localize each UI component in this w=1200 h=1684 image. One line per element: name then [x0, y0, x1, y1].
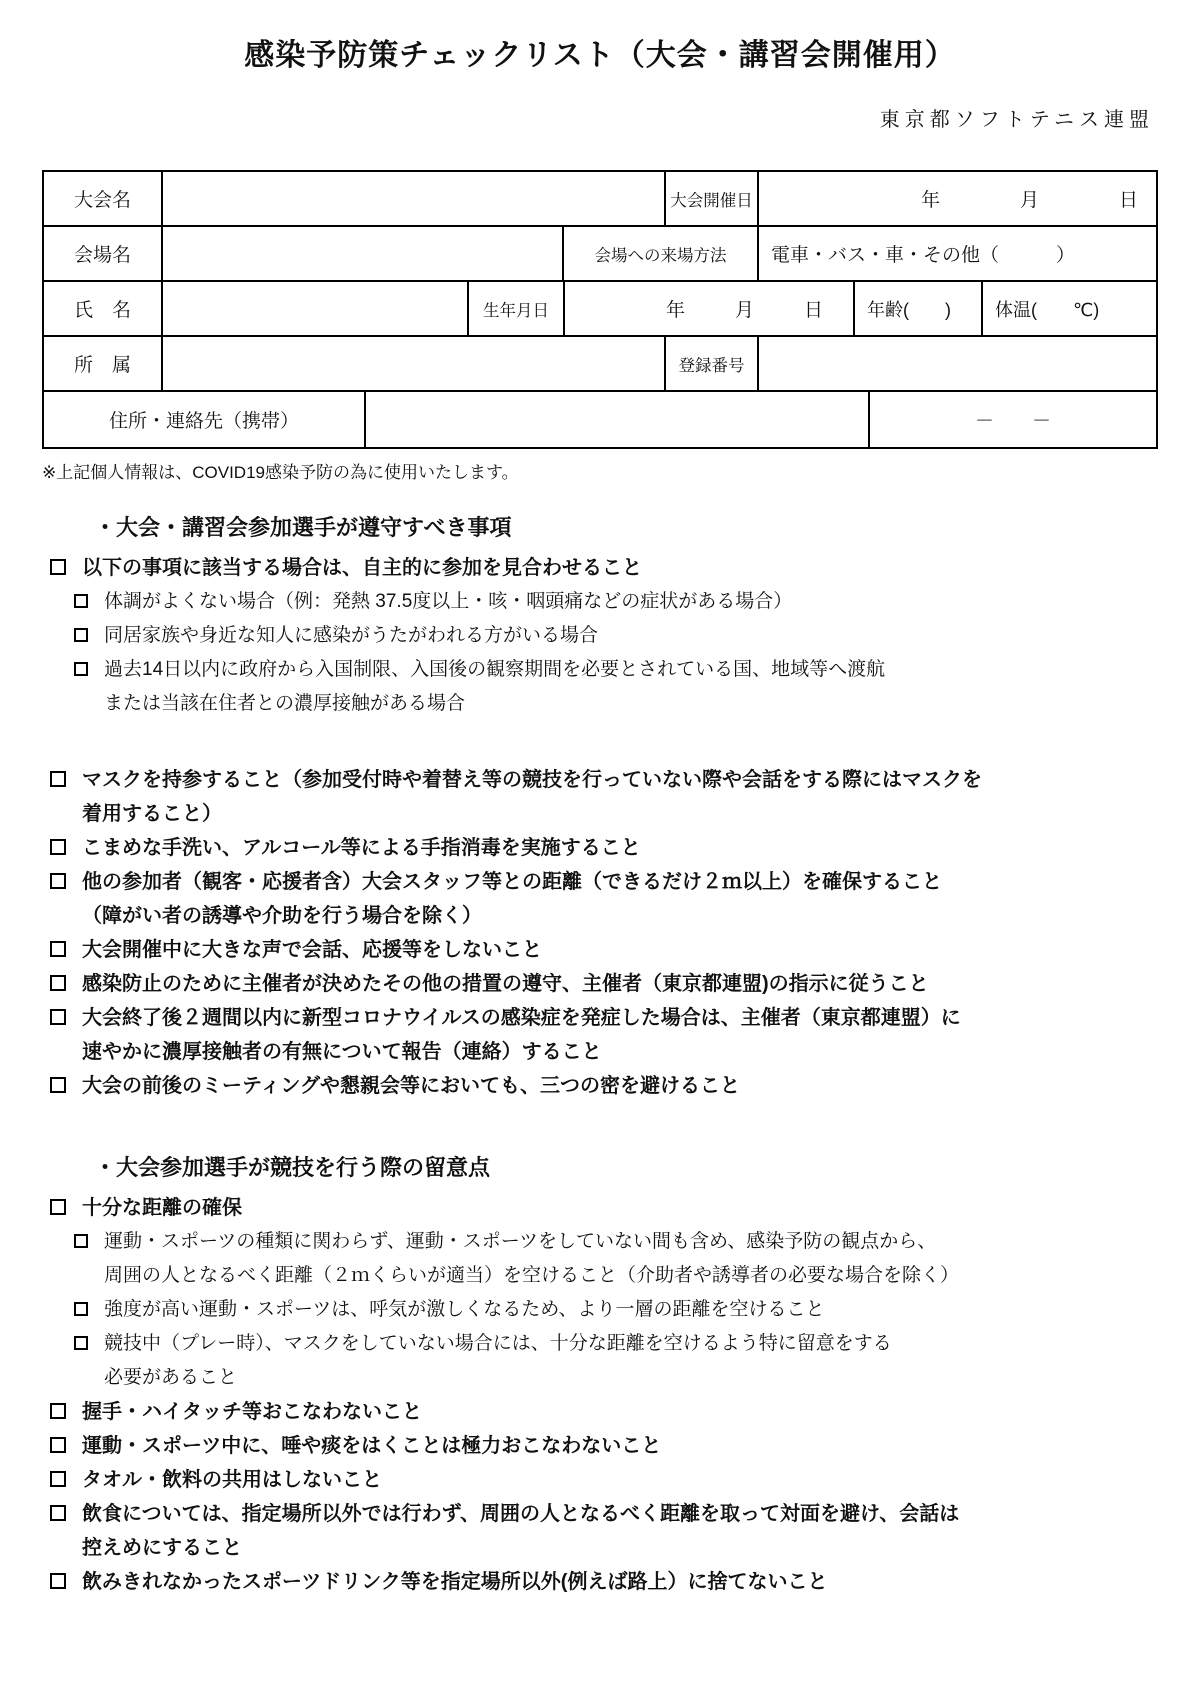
checklist-item: 以下の事項に該当する場合は、自主的に参加を見合わせること [42, 551, 1158, 585]
tournament-date-field[interactable]: 年 月 日 [759, 172, 1156, 225]
org-name: 東京都ソフトテニス連盟 [42, 106, 1158, 134]
checklist-item: こまめな手洗い、アルコール等による手指消毒を実施すること [42, 831, 1158, 865]
checklist-item: 運動・スポーツ中に、唾や痰をはくことは極力おこなわないこと [42, 1429, 1158, 1463]
participant-info-table: 大会名 大会開催日 年 月 日 会場名 会場への来場方法 電車・バス・車・その他… [42, 170, 1158, 449]
registration-number-label: 登録番号 [666, 337, 759, 390]
table-row-affiliation: 所 属 登録番号 [44, 337, 1156, 392]
checklist-item: マスクを持参すること（参加受付時や着替え等の競技を行っていない際や会話をする際に… [42, 763, 1158, 831]
name-field[interactable] [163, 282, 469, 335]
month-unit: 月 [735, 295, 754, 322]
birthdate-label: 生年月日 [469, 282, 565, 335]
checkbox[interactable] [50, 1505, 66, 1521]
checkbox[interactable] [74, 662, 88, 676]
checklist-item-label: 強度が高い運動・スポーツは、呼気が激しくなるため、より一層の距離を空けること [104, 1293, 824, 1327]
year-unit: 年 [666, 295, 685, 322]
page-title: 感染予防策チェックリスト（大会・講習会開催用） [42, 36, 1158, 76]
checkbox[interactable] [50, 975, 66, 991]
checklist-item: 飲みきれなかったスポーツドリンク等を指定場所以外(例えば路上）に捨てないこと [42, 1565, 1158, 1599]
checklist-item: 同居家族や身近な知人に感染がうたがわれる方がいる場合 [42, 619, 1158, 653]
checklist-item: タオル・飲料の共用はしないこと [42, 1463, 1158, 1497]
table-row-venue: 会場名 会場への来場方法 電車・バス・車・その他（ ） [44, 227, 1156, 282]
section-heading-compliance: ・大会・講習会参加選手が遵守すべき事項 [42, 511, 1158, 545]
checklist-item-label: 大会の前後のミーティングや懇親会等においても、三つの密を避けること [82, 1069, 740, 1103]
checklist-item: 競技中（プレー時）、マスクをしていない場合には、十分な距離を空けるよう特に留意を… [42, 1327, 1158, 1395]
checklist-item: 他の参加者（観客・応援者含）大会スタッフ等との距離（できるだけ２ｍ以上）を確保す… [42, 865, 1158, 933]
checkbox[interactable] [50, 941, 66, 957]
checklist-page: 感染予防策チェックリスト（大会・講習会開催用） 東京都ソフトテニス連盟 大会名 … [0, 0, 1200, 1684]
checkbox[interactable] [50, 1471, 66, 1487]
tournament-date-label: 大会開催日 [666, 172, 759, 225]
venue-name-label: 会場名 [44, 227, 163, 280]
checkbox[interactable] [50, 873, 66, 889]
address-label: 住所・連絡先（携帯） [44, 392, 366, 447]
day-unit: 日 [804, 295, 823, 322]
checklist-item-label: 運動・スポーツの種類に関わらず、運動・スポーツをしていない間も含め、感染予防の観… [104, 1225, 959, 1293]
checkbox[interactable] [50, 1573, 66, 1589]
venue-name-field[interactable] [163, 227, 564, 280]
compliance-items: 以下の事項に該当する場合は、自主的に参加を見合わせること 体調がよくない場合（例… [42, 551, 1158, 1103]
checkbox[interactable] [74, 1302, 88, 1316]
checklist-item-label: 十分な距離の確保 [82, 1191, 242, 1225]
table-row-address: 住所・連絡先（携帯） － － [44, 392, 1156, 447]
checklist-item: 強度が高い運動・スポーツは、呼気が激しくなるため、より一層の距離を空けること [42, 1293, 1158, 1327]
play-note-items: 十分な距離の確保 運動・スポーツの種類に関わらず、運動・スポーツをしていない間も… [42, 1191, 1158, 1599]
section-heading-play-notes: ・大会参加選手が競技を行う際の留意点 [42, 1151, 1158, 1185]
checklist-item-label: 大会開催中に大きな声で会話、応援等をしないこと [82, 933, 542, 967]
checklist-item-label: 運動・スポーツ中に、唾や痰をはくことは極力おこなわないこと [82, 1429, 661, 1463]
year-unit: 年 [921, 185, 940, 212]
registration-number-field[interactable] [759, 337, 1156, 390]
checklist-item: 飲食については、指定場所以外では行わず、周囲の人となるべく距離を取って対面を避け… [42, 1497, 1158, 1565]
checklist-item: 感染防止のために主催者が決めたその他の措置の遵守、主催者（東京都連盟)の指示に従… [42, 967, 1158, 1001]
phone-field[interactable]: － － [870, 392, 1156, 447]
checkbox[interactable] [50, 839, 66, 855]
checklist-item: 大会の前後のミーティングや懇親会等においても、三つの密を避けること [42, 1069, 1158, 1103]
affiliation-field[interactable] [163, 337, 666, 390]
table-row-name: 氏 名 生年月日 年 月 日 年齢( ) 体温( ℃) [44, 282, 1156, 337]
checkbox[interactable] [74, 628, 88, 642]
checklist-item: 握手・ハイタッチ等おこなわないこと [42, 1395, 1158, 1429]
checklist-item-label: 握手・ハイタッチ等おこなわないこと [82, 1395, 422, 1429]
checklist-item-label: 過去14日以内に政府から入国制限、入国後の観察期間を必要とされている国、地域等へ… [104, 653, 885, 721]
checklist-item: 過去14日以内に政府から入国制限、入国後の観察期間を必要とされている国、地域等へ… [42, 653, 1158, 721]
affiliation-label: 所 属 [44, 337, 163, 390]
tournament-name-label: 大会名 [44, 172, 163, 225]
checkbox[interactable] [50, 1437, 66, 1453]
checklist-item-label: 体調がよくない場合（例：発熱 37.5度以上・咳・咽頭痛などの症状がある場合） [104, 585, 792, 619]
name-label: 氏 名 [44, 282, 163, 335]
checklist-item-label: 同居家族や身近な知人に感染がうたがわれる方がいる場合 [104, 619, 598, 653]
table-row-tournament: 大会名 大会開催日 年 月 日 [44, 172, 1156, 227]
checklist-item-label: こまめな手洗い、アルコール等による手指消毒を実施すること [82, 831, 641, 865]
checklist-item-label: 飲みきれなかったスポーツドリンク等を指定場所以外(例えば路上）に捨てないこと [82, 1565, 827, 1599]
month-unit: 月 [1020, 185, 1039, 212]
checklist-item-label: 他の参加者（観客・応援者含）大会スタッフ等との距離（できるだけ２ｍ以上）を確保す… [82, 865, 942, 933]
checkbox[interactable] [50, 1403, 66, 1419]
checklist-item: 体調がよくない場合（例：発熱 37.5度以上・咳・咽頭痛などの症状がある場合） [42, 585, 1158, 619]
checklist-item-label: マスクを持参すること（参加受付時や着替え等の競技を行っていない際や会話をする際に… [82, 763, 982, 831]
checklist-item-label: 大会終了後２週間以内に新型コロナウイルスの感染症を発症した場合は、主催者（東京都… [82, 1001, 961, 1069]
birthdate-field[interactable]: 年 月 日 [565, 282, 855, 335]
address-field[interactable] [366, 392, 870, 447]
checkbox[interactable] [74, 1234, 88, 1248]
checklist-item-label: 感染防止のために主催者が決めたその他の措置の遵守、主催者（東京都連盟)の指示に従… [82, 967, 929, 1001]
checkbox[interactable] [74, 594, 88, 608]
checklist-item-label: 以下の事項に該当する場合は、自主的に参加を見合わせること [82, 551, 642, 585]
checkbox[interactable] [74, 1336, 88, 1350]
day-unit: 日 [1119, 185, 1138, 212]
checklist-item: 大会開催中に大きな声で会話、応援等をしないこと [42, 933, 1158, 967]
age-field[interactable]: 年齢( ) [855, 282, 983, 335]
venue-access-label: 会場への来場方法 [564, 227, 759, 280]
temperature-field[interactable]: 体温( ℃) [983, 282, 1156, 335]
checkbox[interactable] [50, 559, 66, 575]
checklist-item: 運動・スポーツの種類に関わらず、運動・スポーツをしていない間も含め、感染予防の観… [42, 1225, 1158, 1293]
tournament-name-field[interactable] [163, 172, 666, 225]
checklist-item-label: 競技中（プレー時）、マスクをしていない場合には、十分な距離を空けるよう特に留意を… [104, 1327, 892, 1395]
checklist-item: 大会終了後２週間以内に新型コロナウイルスの感染症を発症した場合は、主催者（東京都… [42, 1001, 1158, 1069]
checkbox[interactable] [50, 1009, 66, 1025]
venue-access-field[interactable]: 電車・バス・車・その他（ ） [759, 227, 1156, 280]
checklist-item-label: タオル・飲料の共用はしないこと [82, 1463, 382, 1497]
privacy-note: ※上記個人情報は、COVID19感染予防の為に使用いたします。 [42, 461, 1158, 485]
checklist-item-label: 飲食については、指定場所以外では行わず、周囲の人となるべく距離を取って対面を避け… [82, 1497, 959, 1565]
checkbox[interactable] [50, 1077, 66, 1093]
checkbox[interactable] [50, 771, 66, 787]
checklist-item: 十分な距離の確保 [42, 1191, 1158, 1225]
checkbox[interactable] [50, 1199, 66, 1215]
